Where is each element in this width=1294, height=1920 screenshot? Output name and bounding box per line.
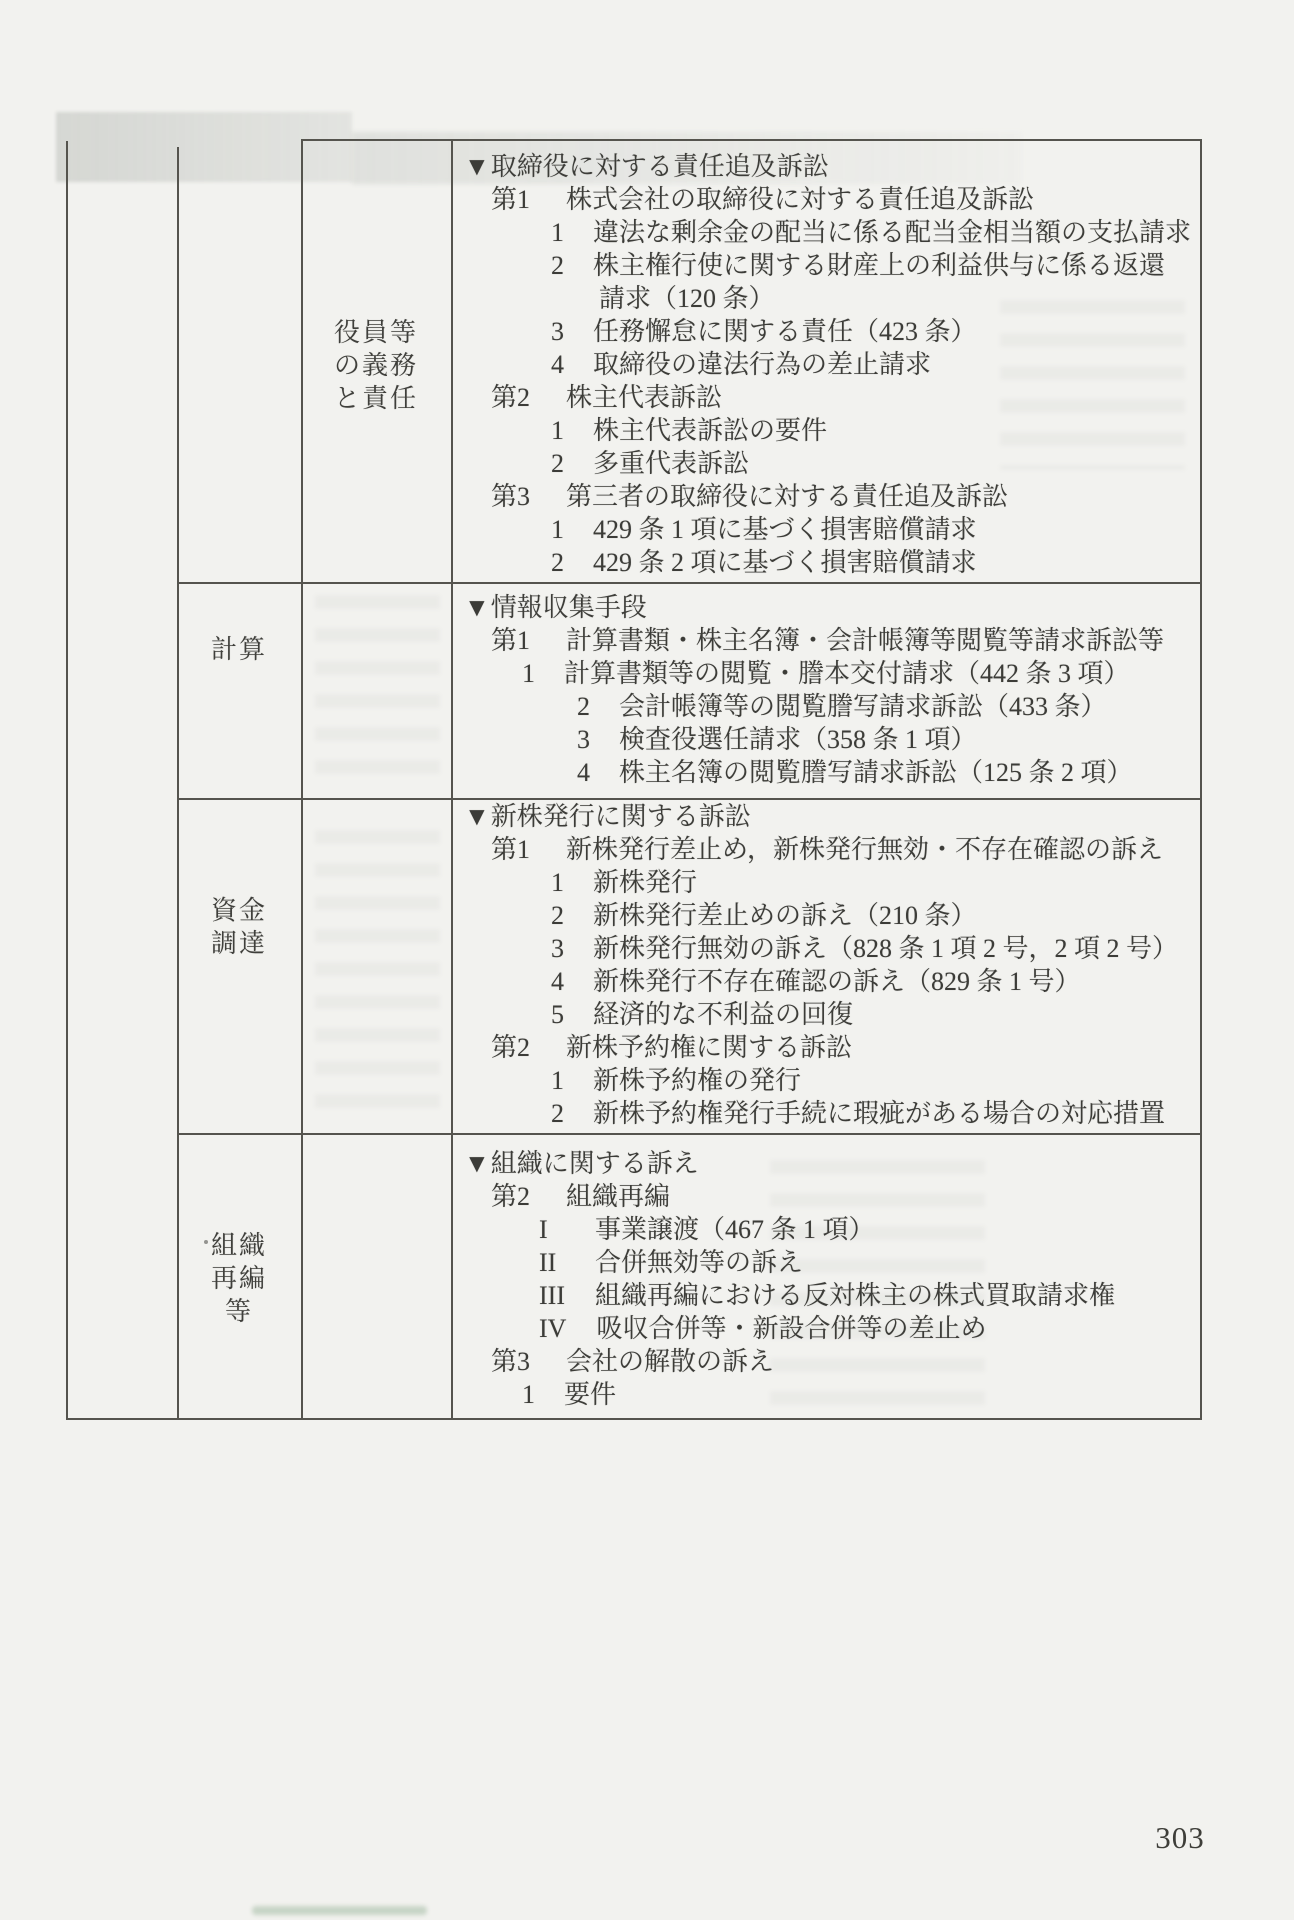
toc-line: 3任務懈怠に関する責任（423 条） bbox=[451, 315, 1196, 348]
toc-line-text: 組織に関する訴え bbox=[491, 1149, 699, 1178]
toc-line: 1429 条 1 項に基づく損害賠償請求 bbox=[451, 513, 1196, 546]
toc-line-marker: 2 bbox=[551, 447, 566, 480]
row-label-line: 組織 bbox=[177, 1229, 301, 1262]
toc-line: 1新株予約権の発行 bbox=[451, 1064, 1196, 1097]
toc-line-text: 429 条 1 項に基づく損害賠償請求 bbox=[593, 515, 977, 544]
toc-line-text: 任務懈怠に関する責任（423 条） bbox=[593, 317, 977, 346]
row-label-accounting: 計算 bbox=[177, 633, 301, 666]
toc-line-text: 新株発行差止めの訴え（210 条） bbox=[593, 901, 977, 930]
toc-line-marker: 1 bbox=[522, 657, 537, 690]
toc-line-text: 組織再編 bbox=[566, 1182, 670, 1211]
toc-row-reorganization: ▼組織に関する訴え第2組織再編I事業譲渡（467 条 1 項）II合併無効等の訴… bbox=[451, 1147, 1196, 1411]
toc-line: 2多重代表訴訟 bbox=[451, 447, 1196, 480]
toc-line: 第3第三者の取締役に対する責任追及訴訟 bbox=[451, 480, 1196, 513]
toc-line-text: 株主代表訴訟 bbox=[566, 383, 722, 412]
table-bottom-rule bbox=[66, 1418, 1202, 1420]
toc-line-marker: 第1 bbox=[491, 833, 537, 866]
toc-line-text: 新株発行差止め，新株発行無効・不存在確認の訴え bbox=[566, 835, 1163, 864]
toc-row-accounting: ▼情報収集手段第1計算書類・株主名簿・会計帳簿等閲覧等請求訴訟等1計算書類等の閲… bbox=[451, 591, 1196, 789]
toc-line-marker: 第1 bbox=[491, 183, 537, 216]
toc-line-text: 第三者の取締役に対する責任追及訴訟 bbox=[566, 482, 1008, 511]
toc-line: 1株主代表訴訟の要件 bbox=[451, 414, 1196, 447]
toc-line: 2株主権行使に関する財産上の利益供与に係る返還 bbox=[451, 249, 1196, 282]
toc-line-text: 429 条 2 項に基づく損害賠償請求 bbox=[593, 548, 977, 577]
toc-line-text: 株主名簿の閲覧謄写請求訴訟（125 条 2 項） bbox=[619, 758, 1133, 787]
toc-line-marker: 1 bbox=[551, 866, 566, 899]
row-label-line: の義務 bbox=[301, 349, 451, 382]
toc-line: 3検査役選任請求（358 条 1 項） bbox=[451, 723, 1196, 756]
toc-line-text: 請求（120 条） bbox=[599, 284, 775, 313]
toc-line: 第1株式会社の取締役に対する責任追及訴訟 bbox=[451, 183, 1196, 216]
toc-line: ▼新株発行に関する訴訟 bbox=[451, 800, 1196, 833]
toc-line-text: 違法な剰余金の配当に係る配当金相当額の支払請求 bbox=[593, 218, 1191, 247]
triangle-bullet-icon: ▼ bbox=[464, 1147, 490, 1180]
toc-line-marker: 1 bbox=[551, 513, 566, 546]
toc-line-text: 計算書類・株主名簿・会計帳簿等閲覧等請求訴訟等 bbox=[566, 626, 1164, 655]
toc-line: 第2株主代表訴訟 bbox=[451, 381, 1196, 414]
toc-line: 第1計算書類・株主名簿・会計帳簿等閲覧等請求訴訟等 bbox=[451, 624, 1196, 657]
toc-line: 5経済的な不利益の回復 bbox=[451, 998, 1196, 1031]
toc-line-text: 取締役に対する責任追及訴訟 bbox=[491, 152, 829, 181]
scan-smudge-bottom bbox=[252, 1906, 427, 1915]
toc-line-text: 会計帳簿等の閲覧謄写請求訴訟（433 条） bbox=[619, 692, 1107, 721]
toc-line: II合併無効等の訴え bbox=[451, 1246, 1196, 1279]
row-label-line: と責任 bbox=[301, 382, 451, 415]
toc-line-text: 新株発行無効の訴え（828 条 1 項 2 号，2 項 2 号） bbox=[593, 934, 1178, 963]
toc-line-text: 新株発行 bbox=[593, 868, 697, 897]
toc-line: 1計算書類等の閲覧・謄本交付請求（442 条 3 項） bbox=[451, 657, 1196, 690]
toc-line-text: 多重代表訴訟 bbox=[593, 449, 749, 478]
toc-line-text: 組織再編における反対株主の株式買取請求権 bbox=[595, 1281, 1115, 1310]
toc-line: 第3会社の解散の訴え bbox=[451, 1345, 1196, 1378]
scan-shadow-band-left bbox=[56, 112, 352, 182]
toc-line: 第2組織再編 bbox=[451, 1180, 1196, 1213]
toc-line-text: 合併無効等の訴え bbox=[595, 1248, 803, 1277]
toc-line: ▼情報収集手段 bbox=[451, 591, 1196, 624]
toc-line-text: 株主代表訴訟の要件 bbox=[593, 416, 827, 445]
toc-line-marker: IV bbox=[539, 1312, 566, 1345]
toc-line-marker: I bbox=[539, 1213, 565, 1246]
toc-line-text: 新株予約権に関する訴訟 bbox=[566, 1033, 852, 1062]
table-left-outer-rule bbox=[66, 141, 68, 1420]
toc-line-marker: III bbox=[539, 1279, 565, 1312]
toc-line-marker: 1 bbox=[551, 414, 566, 447]
toc-line: 1違法な剰余金の配当に係る配当金相当額の支払請求 bbox=[451, 216, 1196, 249]
toc-line-marker: 4 bbox=[577, 756, 592, 789]
row-label-line: 調達 bbox=[177, 927, 301, 960]
toc-line-marker: 1 bbox=[522, 1378, 537, 1411]
toc-line-marker: 第2 bbox=[491, 381, 537, 414]
toc-line-text: 吸収合併等・新設合併等の差止め bbox=[596, 1314, 986, 1343]
toc-line: 4株主名簿の閲覧謄写請求訴訟（125 条 2 項） bbox=[451, 756, 1196, 789]
toc-line-text: 新株発行不存在確認の訴え（829 条 1 号） bbox=[593, 967, 1081, 996]
toc-line-text: 計算書類等の閲覧・謄本交付請求（442 条 3 項） bbox=[564, 659, 1130, 688]
toc-line-text: 事業譲渡（467 条 1 項） bbox=[595, 1215, 875, 1244]
row-label-reorganization: 組織再編等 bbox=[177, 1229, 301, 1328]
toc-line: 3新株発行無効の訴え（828 条 1 項 2 号，2 項 2 号） bbox=[451, 932, 1196, 965]
row-divider-3 bbox=[177, 1133, 1202, 1135]
triangle-bullet-icon: ▼ bbox=[464, 150, 490, 183]
toc-line-text: 新株予約権発行手続に瑕疵がある場合の対応措置 bbox=[593, 1099, 1165, 1128]
row-label-line: 役員等 bbox=[301, 316, 451, 349]
showthrough-ghost bbox=[315, 595, 440, 780]
toc-line: IV吸収合併等・新設合併等の差止め bbox=[451, 1312, 1196, 1345]
toc-line-marker: 4 bbox=[551, 965, 566, 998]
toc-line: 2新株予約権発行手続に瑕疵がある場合の対応措置 bbox=[451, 1097, 1196, 1130]
toc-row-officer-duties: ▼取締役に対する責任追及訴訟第1株式会社の取締役に対する責任追及訴訟1違法な剰余… bbox=[451, 150, 1196, 579]
toc-line: 4取締役の違法行為の差止請求 bbox=[451, 348, 1196, 381]
toc-line: 1新株発行 bbox=[451, 866, 1196, 899]
toc-line: 2429 条 2 項に基づく損害賠償請求 bbox=[451, 546, 1196, 579]
toc-line-marker: 第2 bbox=[491, 1031, 537, 1064]
toc-line: 2会計帳簿等の閲覧謄写請求訴訟（433 条） bbox=[451, 690, 1196, 723]
toc-line-text: 取締役の違法行為の差止請求 bbox=[593, 350, 931, 379]
triangle-bullet-icon: ▼ bbox=[464, 591, 490, 624]
toc-line: III組織再編における反対株主の株式買取請求権 bbox=[451, 1279, 1196, 1312]
toc-line: 請求（120 条） bbox=[451, 282, 1196, 315]
toc-line-marker: 3 bbox=[551, 315, 566, 348]
toc-line-text: 検査役選任請求（358 条 1 項） bbox=[619, 725, 977, 754]
toc-line-marker: 第2 bbox=[491, 1180, 537, 1213]
toc-line-marker: 2 bbox=[577, 690, 592, 723]
showthrough-ghost bbox=[315, 830, 440, 1120]
toc-line-marker: 2 bbox=[551, 1097, 566, 1130]
row-divider-1 bbox=[177, 582, 1202, 584]
toc-line-marker: 第3 bbox=[491, 1345, 537, 1378]
row-label-line: 資金 bbox=[177, 894, 301, 927]
toc-line-text: 新株発行に関する訴訟 bbox=[491, 802, 751, 831]
toc-line-text: 要件 bbox=[564, 1380, 616, 1409]
page-number: 303 bbox=[1130, 1820, 1230, 1856]
toc-line-marker: 第1 bbox=[491, 624, 537, 657]
toc-line-marker: 2 bbox=[551, 249, 566, 282]
toc-line: ▼取締役に対する責任追及訴訟 bbox=[451, 150, 1196, 183]
toc-line-marker: 2 bbox=[551, 899, 566, 932]
toc-line-text: 株主権行使に関する財産上の利益供与に係る返還 bbox=[593, 251, 1165, 280]
toc-line-marker: 1 bbox=[551, 1064, 566, 1097]
toc-line-text: 株式会社の取締役に対する責任追及訴訟 bbox=[566, 185, 1034, 214]
row-label-line: 計算 bbox=[177, 633, 301, 666]
toc-line: 2新株発行差止めの訴え（210 条） bbox=[451, 899, 1196, 932]
toc-line-marker: II bbox=[539, 1246, 565, 1279]
toc-line: ▼組織に関する訴え bbox=[451, 1147, 1196, 1180]
toc-line-text: 経済的な不利益の回復 bbox=[593, 1000, 853, 1029]
table-top-rule bbox=[301, 139, 1202, 141]
toc-line: 1要件 bbox=[451, 1378, 1196, 1411]
triangle-bullet-icon: ▼ bbox=[464, 800, 490, 833]
toc-line-text: 新株予約権の発行 bbox=[593, 1066, 801, 1095]
toc-line-marker: 3 bbox=[551, 932, 566, 965]
toc-line-marker: 2 bbox=[551, 546, 566, 579]
toc-line-marker: 1 bbox=[551, 216, 566, 249]
toc-line-marker: 第3 bbox=[491, 480, 537, 513]
toc-row-financing: ▼新株発行に関する訴訟第1新株発行差止め，新株発行無効・不存在確認の訴え1新株発… bbox=[451, 800, 1196, 1130]
toc-line-marker: 3 bbox=[577, 723, 592, 756]
toc-line-marker: 4 bbox=[551, 348, 566, 381]
toc-line: 4新株発行不存在確認の訴え（829 条 1 号） bbox=[451, 965, 1196, 998]
toc-line-text: 会社の解散の訴え bbox=[566, 1347, 774, 1376]
row-label-line: 等 bbox=[177, 1295, 301, 1328]
toc-line: 第1新株発行差止め，新株発行無効・不存在確認の訴え bbox=[451, 833, 1196, 866]
row-label-financing: 資金調達 bbox=[177, 894, 301, 960]
toc-line-text: 情報収集手段 bbox=[491, 593, 647, 622]
scanned-book-page: 役員等の義務と責任 計算 資金調達 組織再編等 ▼取締役に対する責任追及訴訟第1… bbox=[0, 0, 1294, 1920]
toc-line: 第2新株予約権に関する訴訟 bbox=[451, 1031, 1196, 1064]
row-label-officer-duties: 役員等の義務と責任 bbox=[301, 316, 451, 415]
toc-line: I事業譲渡（467 条 1 項） bbox=[451, 1213, 1196, 1246]
row-label-line: 再編 bbox=[177, 1262, 301, 1295]
table-right-rule bbox=[1200, 139, 1202, 1420]
toc-line-marker: 5 bbox=[551, 998, 566, 1031]
